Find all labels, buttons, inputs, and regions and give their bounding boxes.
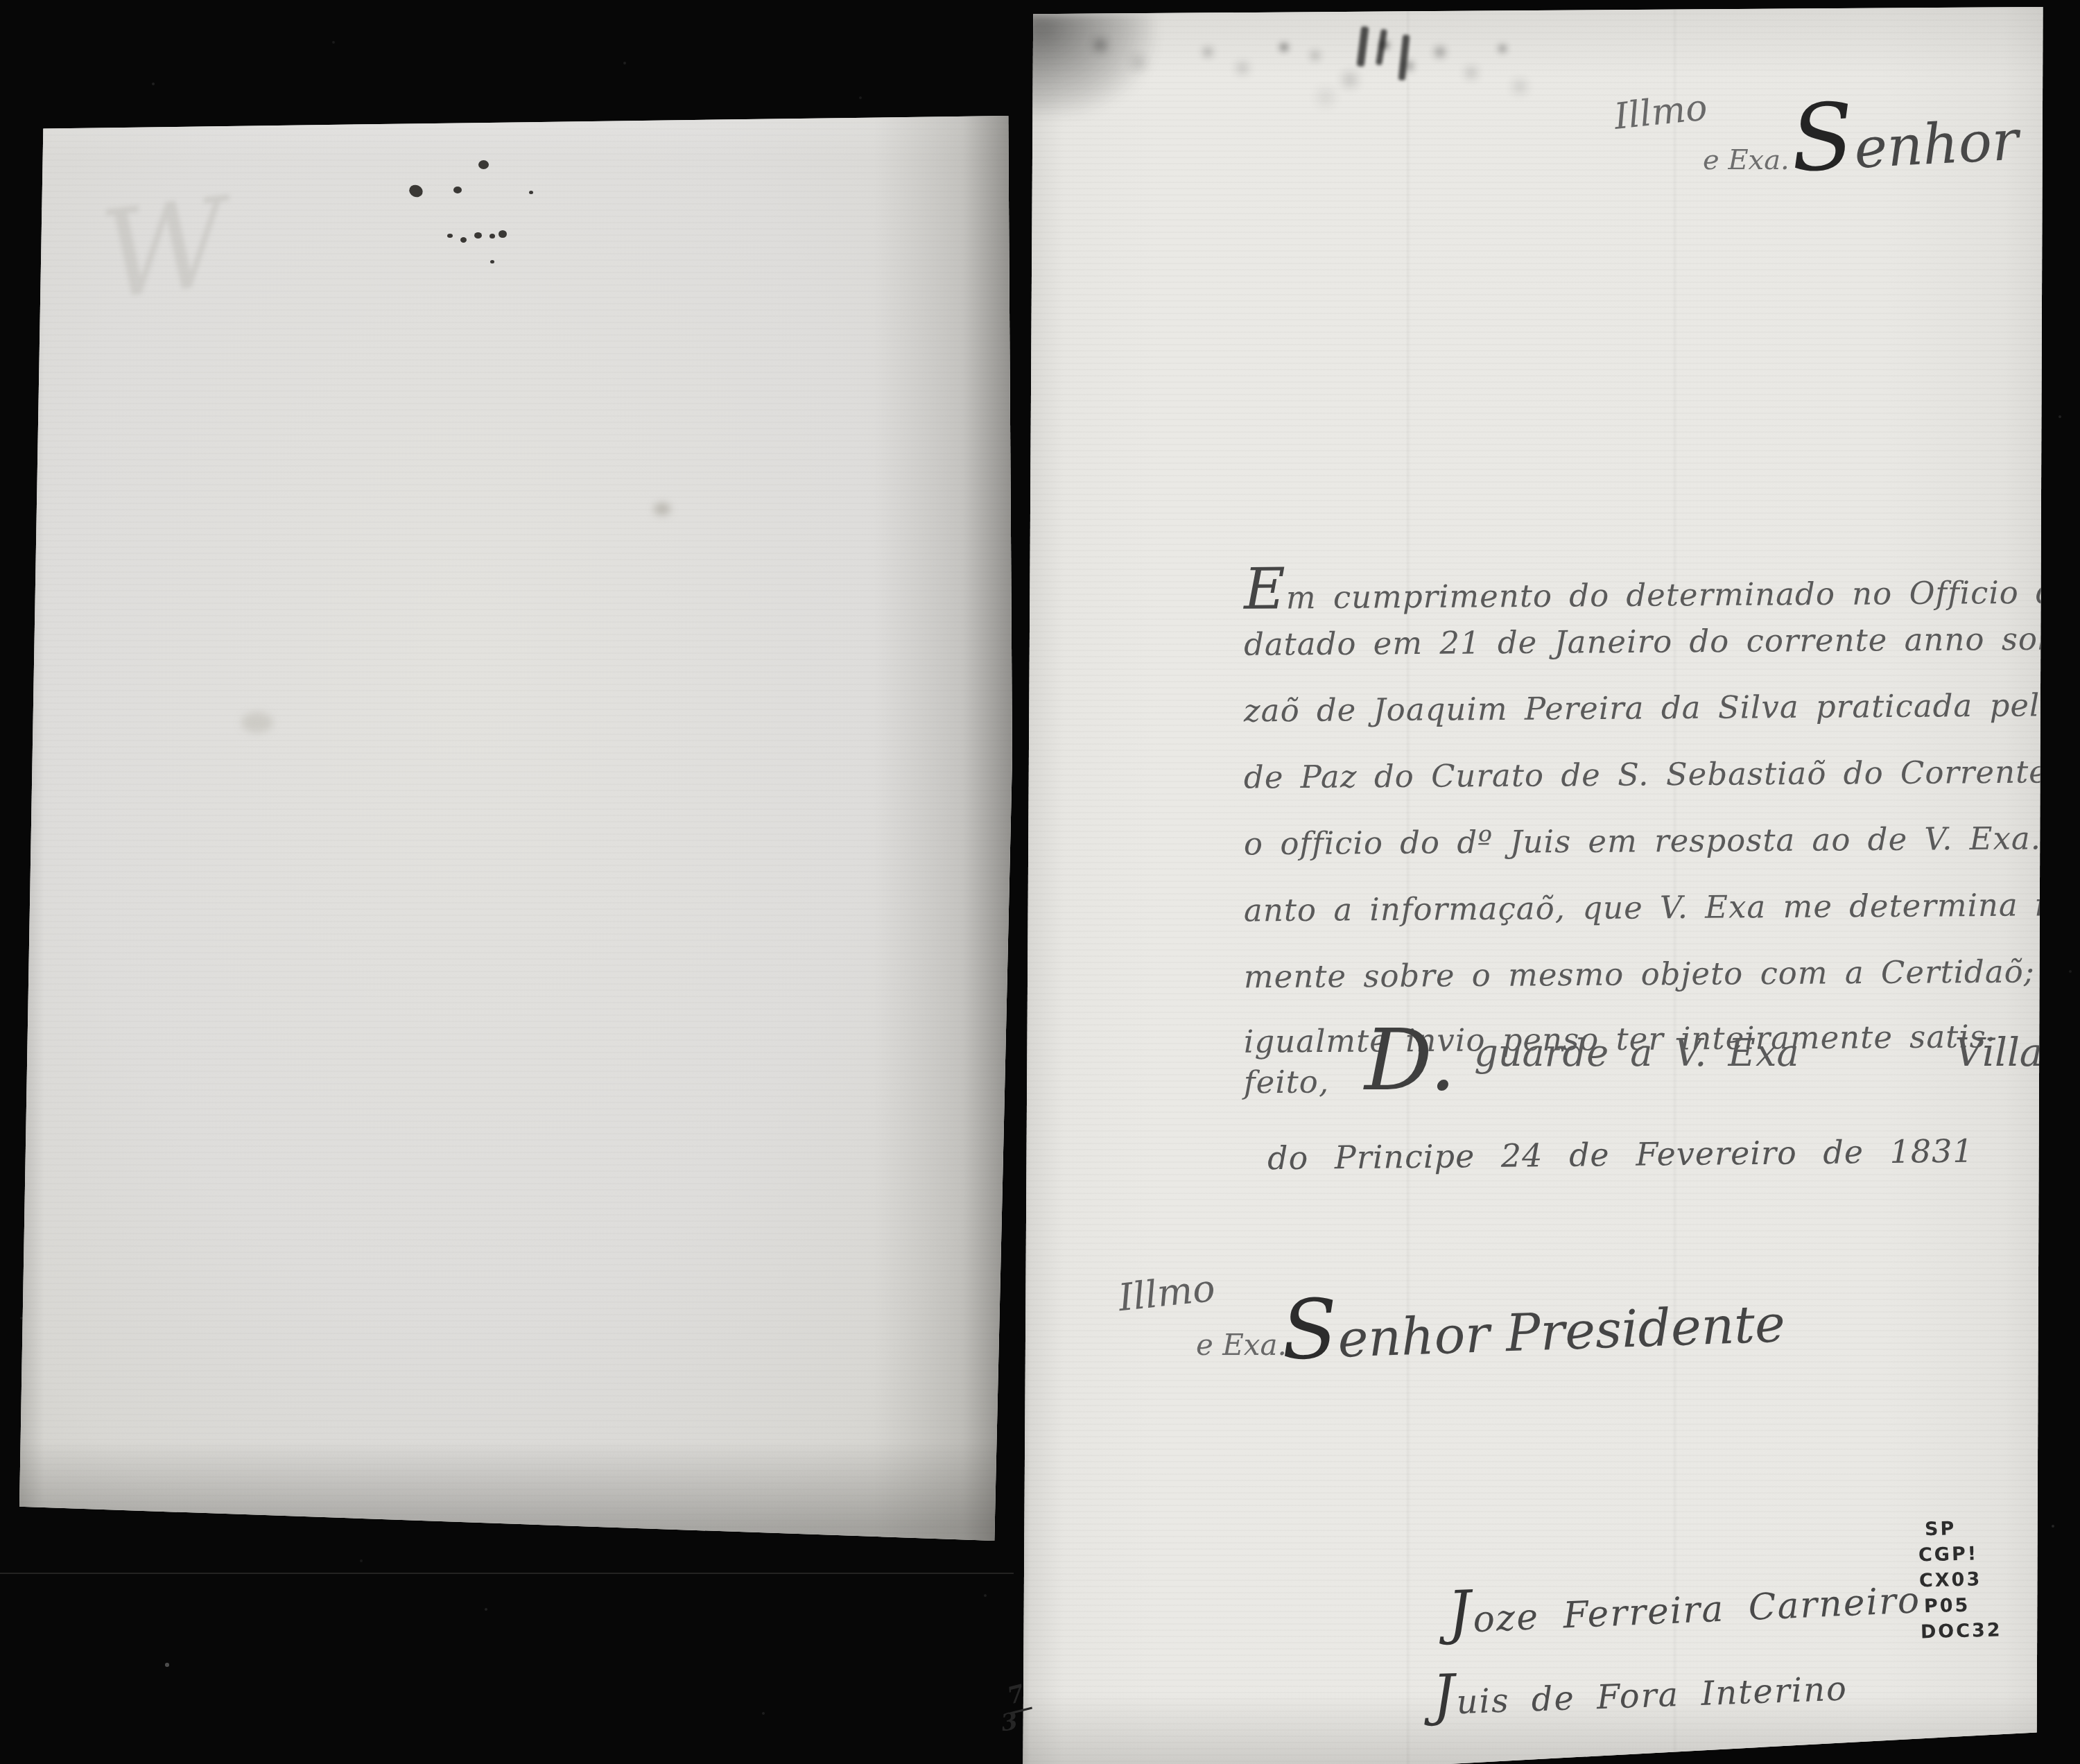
archival-mark: CGP! [1918, 1540, 2001, 1568]
paper-stain [654, 503, 670, 515]
ink-streak [1357, 26, 1369, 67]
dateline: do Principe 24 de Fevereiro de 1831 [1267, 1132, 1974, 1177]
ink-speck [490, 260, 494, 263]
ink-speck [499, 230, 507, 238]
manuscript-line: feito, [1244, 1064, 1330, 1101]
salutation-senhor: Senhor [1788, 75, 2020, 193]
address-abbrev-illmo: Illmo [1116, 1266, 1217, 1320]
watermark-monogram: W [96, 182, 234, 318]
ink-speck [489, 234, 495, 239]
manuscript-line: datado em 21 de Janeiro do corrente anno… [1244, 619, 2080, 663]
manuscript-line: anto a informaçaõ, que V. Exa me determi… [1244, 886, 2080, 929]
ink-speck [474, 232, 482, 239]
corner-shade [1023, 12, 1155, 116]
archival-mark: DOC32 [1920, 1617, 2002, 1645]
ink-speck [407, 183, 424, 200]
ink-smudge [1032, 11, 1037, 17]
address-abbrev-exmo: e Exa. [1196, 1328, 1287, 1362]
ink-streak [1398, 35, 1410, 81]
film-grain [0, 0, 1, 1]
ink-speck [447, 234, 453, 238]
manuscript-line: zaõ de Joaquim Pereira da Silva praticad… [1244, 686, 2080, 729]
ink-speck [460, 237, 467, 243]
address-salutation: Illmo e Exa. Senhor Presidente [1118, 1252, 1881, 1411]
document-scan: W Illmo e Exa. Senhor Em cumprimento do … [0, 0, 2080, 1764]
salutation-abbrev-illmo: Illmo [1612, 87, 1709, 138]
manuscript-line: de Paz do Curato de S. Sebastiaõ do Corr… [1244, 752, 2080, 795]
paper-stain [241, 712, 273, 733]
scratch-line [0, 1573, 1014, 1574]
valediction-line: D.guarde a V. ExaVilla [1364, 1011, 2043, 1109]
archival-reference-marks: SP CGP! CX03 P05 DOC32 [1918, 1514, 2003, 1645]
ink-speck [453, 187, 462, 193]
manuscript-line: Em cumprimento do determinado no Officio… [1244, 550, 2080, 623]
valediction-initial: D. [1364, 1011, 1456, 1109]
manuscript-line: o officio do dº Juis em resposta ao de V… [1244, 820, 2080, 863]
archival-mark: CX03 [1919, 1566, 2002, 1593]
ink-speck [529, 191, 533, 194]
ink-streak [1376, 29, 1387, 66]
valediction-place: Villa [1955, 1030, 2043, 1075]
valediction-text: guarde a V. Exa [1474, 1031, 1799, 1075]
page-number-fraction: 7 3 [997, 1681, 1046, 1743]
signature-name: Joze Ferreira Carneiro [1446, 1558, 1922, 1647]
archival-mark: SP [1918, 1514, 2000, 1542]
ink-speck [478, 160, 489, 169]
address-senhor-presidente: Senhor Presidente [1280, 1265, 1787, 1378]
letter-page: Illmo e Exa. Senhor Em cumprimento do de… [1018, 7, 2044, 1764]
letter-salutation: Illmo e Exa. Senhor [1614, 76, 2058, 215]
archival-mark: P05 [1920, 1591, 2002, 1619]
signature-title: Juis de Fora Interino [1432, 1649, 1849, 1728]
salutation-abbrev-exmo: e Exa. [1703, 144, 1789, 176]
manuscript-line: mente sobre o mesmo objeto com a Certida… [1244, 953, 2080, 996]
blank-verso-page: W [19, 116, 1012, 1541]
